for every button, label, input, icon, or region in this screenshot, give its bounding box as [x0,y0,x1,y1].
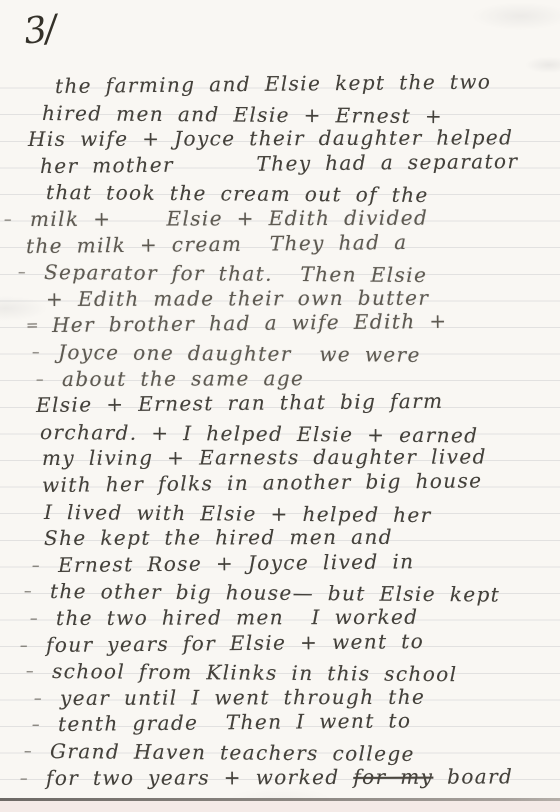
handwritten-line: –tenth grade Then I went to [58,709,412,737]
handwritten-line: –four years for Elsie + went to [46,629,424,657]
line-text: I lived with Elsie + helped her [44,500,432,527]
handwritten-line: her mother They had a separator [40,149,519,178]
handwritten-line: –Separator for that. Then Elsie [44,260,427,287]
margin-mark: – [34,689,42,707]
line-text: milk + Elsie + Edith divided [30,206,428,231]
line-text: Elsie + Ernest ran that big farm [36,389,444,417]
line-text: His wife + Joyce their daughter helped [28,125,513,151]
handwritten-line: –school from Klinks in this school [52,659,458,686]
handwritten-line: my living + Earnests daughter lived [42,445,487,471]
margin-mark: – [32,716,40,734]
line-text: tenth grade Then I went to [58,709,412,737]
handwritten-line: –milk + Elsie + Edith divided [30,206,428,231]
line-text: Separator for that. Then Elsie [44,260,427,287]
margin-mark: – [20,636,28,654]
struck-words: for my [353,764,433,788]
scan-bottom-band [0,801,560,812]
handwritten-line: orchard. + I helped Elsie + earned [40,420,479,447]
handwritten-line: the milk + cream They had a [26,230,408,258]
line-text: Her brother had a wife Edith + [52,309,448,337]
handwritten-line: –the two hired men I worked [56,605,419,630]
line-text: my living + Earnests daughter lived [42,445,487,471]
line-text: her mother They had a separator [40,149,519,178]
line-text: the two hired men I worked [56,605,419,630]
handwritten-line: –year until I went through the [60,685,425,710]
margin-mark: – [30,609,38,627]
handwritten-line: hired men and Elsie + Ernest + [42,101,443,128]
line-text: Ernest Rose + Joyce lived in [58,549,415,577]
margin-mark: = [26,317,39,335]
line-text: with her folks in another big house [42,468,483,497]
page-number: 3/ [22,8,58,52]
handwritten-line: –Joyce one daughter we were [58,340,421,367]
margin-mark: – [36,370,44,388]
line-text: the other big house— but Elsie kept [50,579,500,607]
line-text: that took the cream out of the [46,180,429,207]
line-text: the farming and Elsie kept the two [55,69,492,98]
handwritten-line: Elsie + Ernest ran that big farm [36,389,444,417]
line-text: about the same age [62,366,304,391]
line-text: the milk + cream They had a [26,230,408,258]
line-text: Grand Haven teachers college [50,739,415,766]
line-text: hired men and Elsie + Ernest + [42,101,443,128]
handwritten-line: + Edith made their own butter [46,285,429,310]
handwritten-line: =Her brother had a wife Edith + [52,309,448,337]
margin-mark: – [26,662,34,680]
line-text: school from Klinks in this school [52,659,458,686]
handwritten-line: that took the cream out of the [46,180,429,207]
handwritten-line: I lived with Elsie + helped her [44,500,432,527]
line-text: four years for Elsie + went to [46,629,424,657]
line-text: orchard. + I helped Elsie + earned [40,420,479,447]
margin-mark: – [32,343,40,361]
line-text: year until I went through the [60,685,425,710]
line-text: board [433,764,513,788]
handwritten-line: –about the same age [62,366,304,391]
scanned-page: 3/ the farming and Elsie kept the two hi… [0,0,560,812]
handwritten-line: –Ernest Rose + Joyce lived in [58,549,415,577]
margin-mark: – [18,263,26,281]
handwritten-line: with her folks in another big house [42,468,483,497]
handwritten-line: She kept the hired men and [44,525,393,550]
margin-mark: – [20,769,28,787]
line-text: Joyce one daughter we were [58,340,421,367]
margin-mark: – [24,742,32,760]
margin-mark: – [32,556,40,574]
handwritten-line: –the other big house— but Elsie kept [50,579,500,607]
handwritten-line: –Grand Haven teachers college [50,739,415,766]
line-text: for two years + worked [46,765,353,790]
handwritten-line: His wife + Joyce their daughter helped [28,125,513,151]
margin-mark: – [4,210,12,228]
handwritten-line: –for two years + worked for my board [46,764,513,790]
margin-mark: – [24,582,32,600]
handwritten-line: the farming and Elsie kept the two [55,69,492,98]
line-text: + Edith made their own butter [46,285,429,310]
line-text: She kept the hired men and [44,525,393,550]
